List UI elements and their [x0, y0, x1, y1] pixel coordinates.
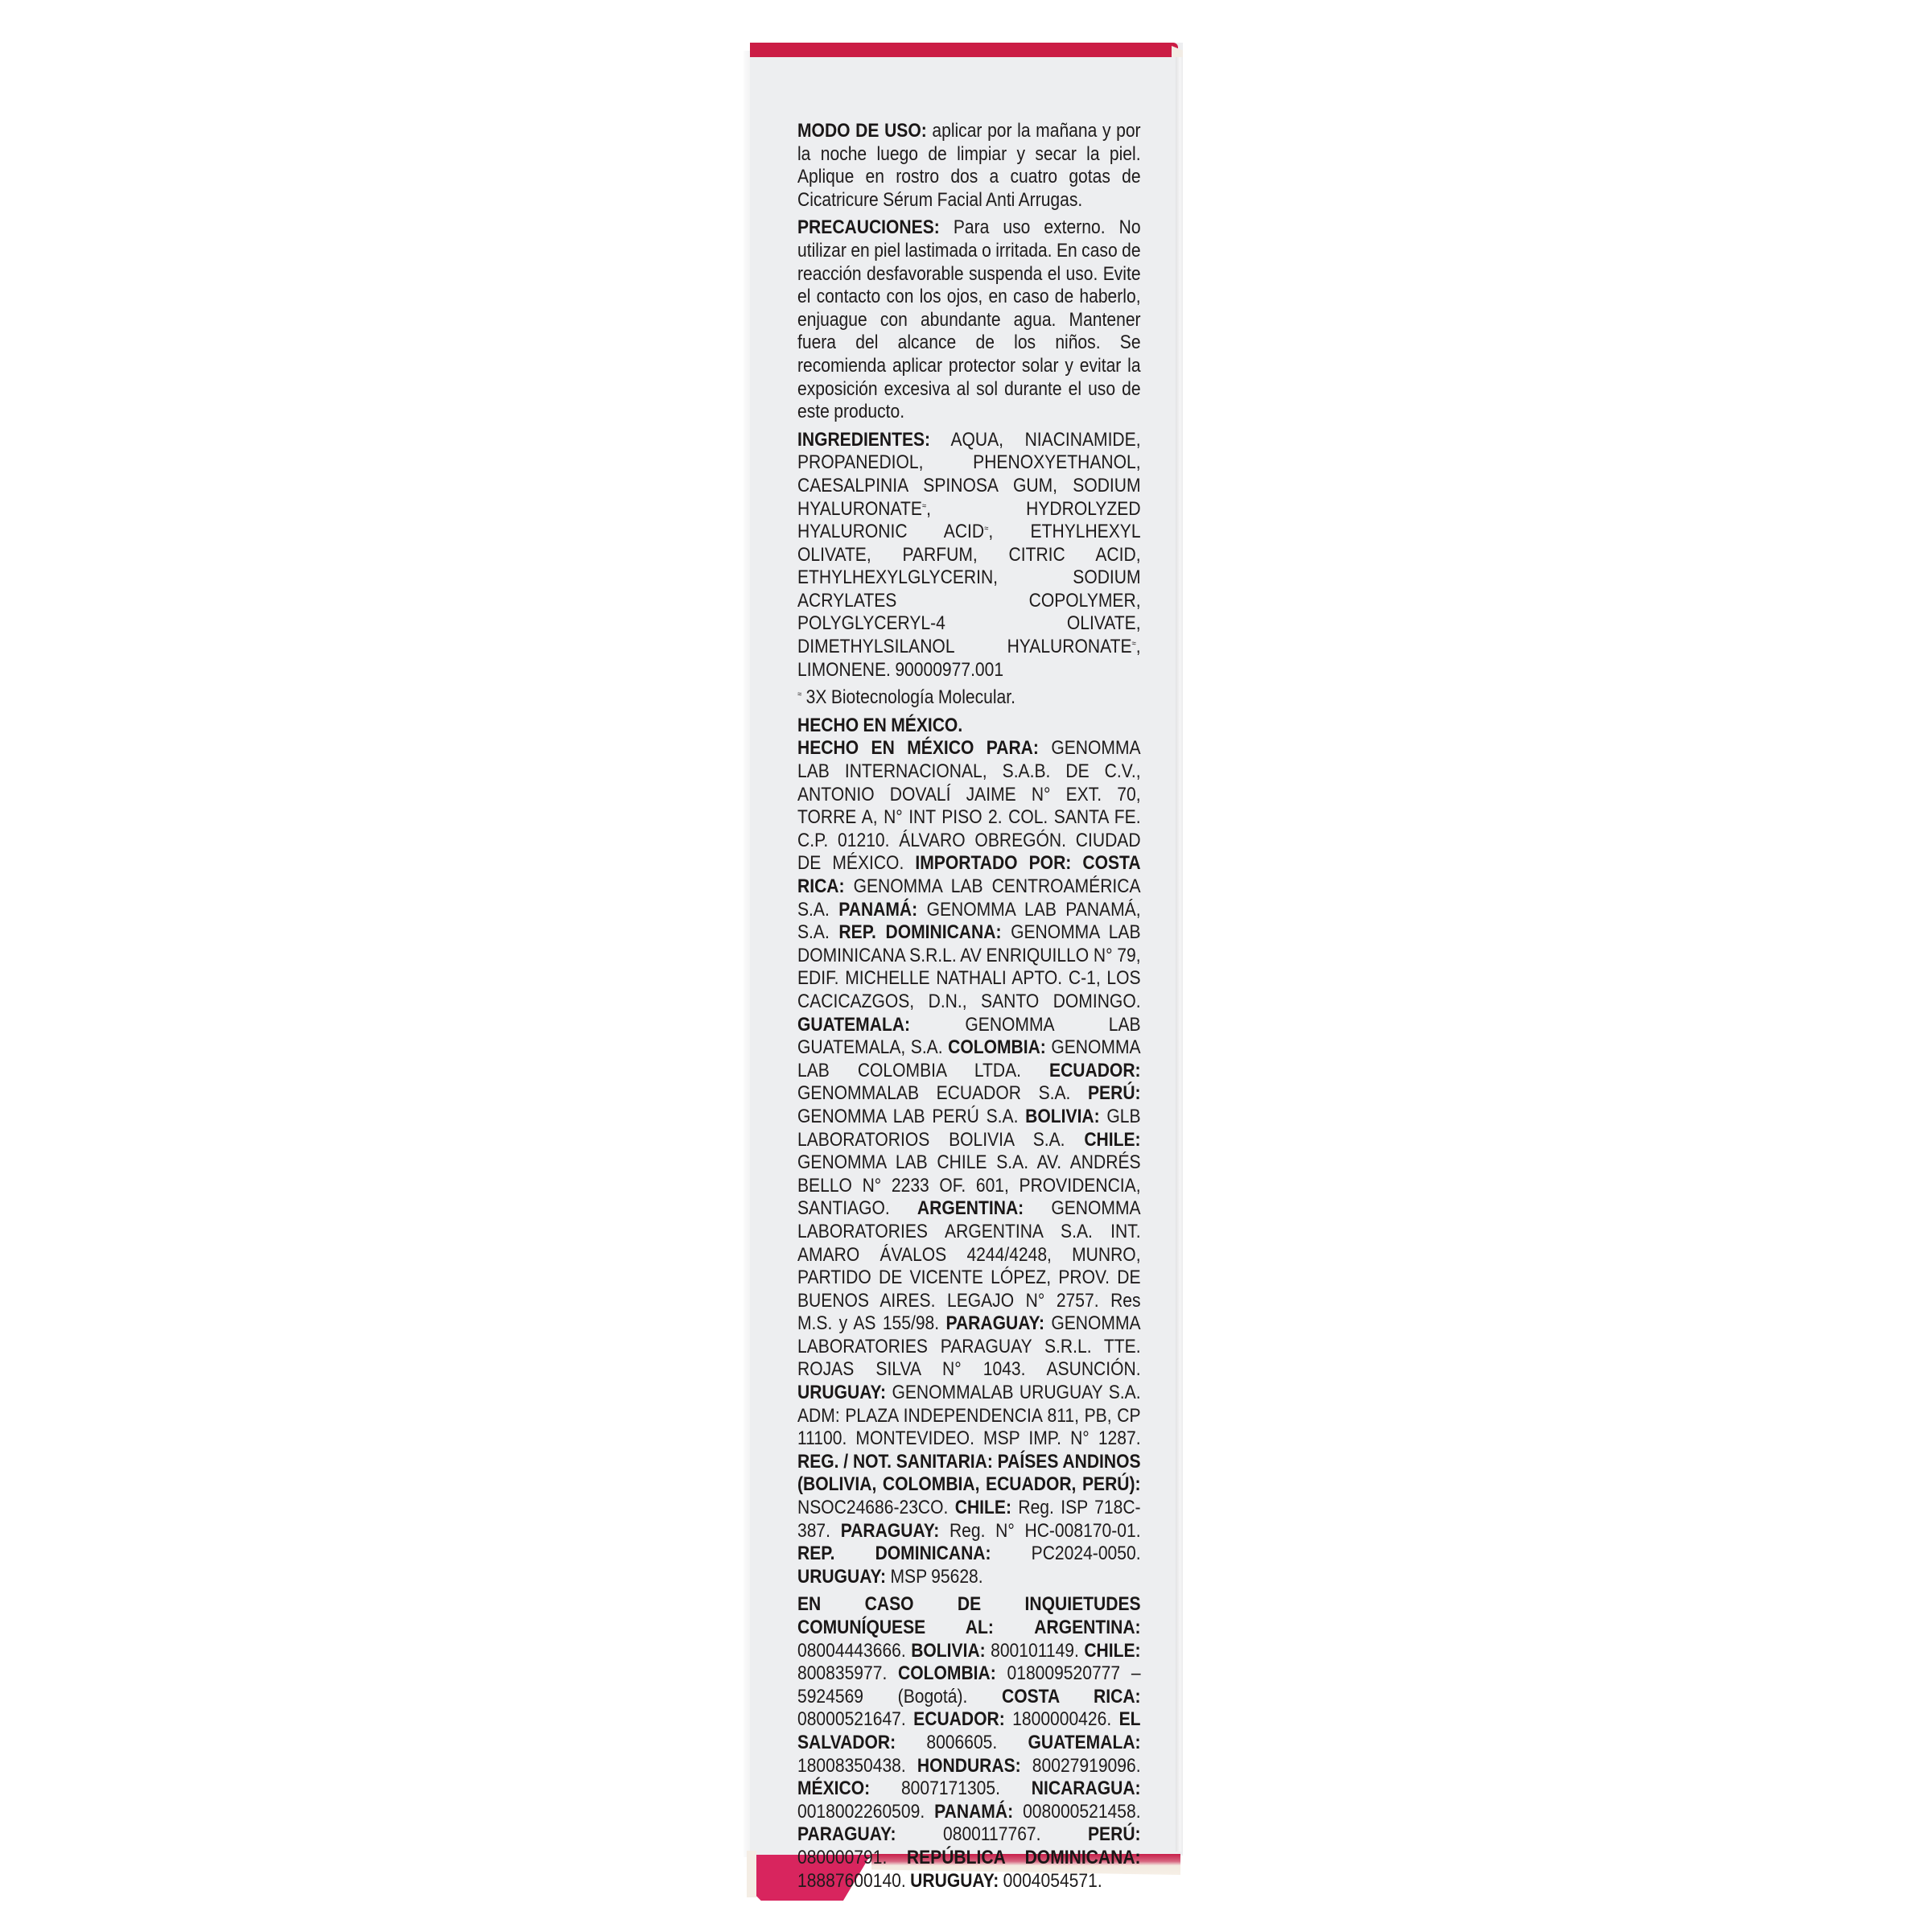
importer-paraguay-label: PARAGUAY: — [945, 1312, 1044, 1334]
importer-guatemala-label: GUATEMALA: — [797, 1014, 910, 1036]
contact-phone: 0018002260509. — [797, 1801, 934, 1823]
contact-phone: 8007171305. — [870, 1778, 1032, 1799]
importer-colombia-label: COLOMBIA: — [948, 1036, 1046, 1058]
section-modo-de-uso: MODO DE USO: aplicar por la mañana y por… — [797, 120, 1141, 212]
bottom-flap-edge — [747, 1851, 756, 1897]
contact-country: PERÚ: — [1088, 1823, 1141, 1845]
contact-phone: 1800000426. — [1005, 1708, 1119, 1730]
importer-panama-label: PANAMÁ: — [838, 899, 917, 921]
label-text-column: MODO DE USO: aplicar por la mañana y por… — [797, 120, 1141, 1897]
contact-phone: 800835977. — [797, 1662, 898, 1684]
contact-phone: 8006605. — [896, 1732, 1028, 1753]
contact-country: PARAGUAY: — [797, 1823, 896, 1845]
top-red-band — [750, 43, 1178, 57]
contact-country: ARGENTINA: — [1034, 1617, 1140, 1638]
contact-phone: 18887600140. — [797, 1870, 910, 1892]
contact-country: COLOMBIA: — [898, 1662, 996, 1684]
importer-rd-label: REP. DOMINICANA: — [838, 921, 1001, 943]
contact-phone: 08004443666. — [797, 1640, 911, 1662]
contact-country: BOLIVIA: — [911, 1640, 985, 1662]
importer-peru: GENOMMA LAB PERÚ S.A. — [797, 1106, 1025, 1127]
contact-country: GUATEMALA: — [1028, 1732, 1141, 1753]
section-contacto: EN CASO DE INQUIETUDES COMUNÍQUESE AL: A… — [797, 1593, 1141, 1893]
hecho-en-mexico-label: HECHO EN MÉXICO. — [797, 715, 962, 736]
contact-phone: 0004054571. — [999, 1870, 1102, 1892]
importer-uruguay-label: URUGUAY: — [797, 1382, 886, 1403]
contact-country: REPÚBLICA DOMINICANA: — [907, 1847, 1141, 1868]
precauciones-label: PRECAUCIONES: — [797, 216, 940, 238]
contact-country: NICARAGUA: — [1032, 1778, 1141, 1799]
precauciones-text: Para uso externo. No utilizar en piel la… — [797, 216, 1141, 422]
fabricante-label: HECHO EN MÉXICO PARA: — [797, 737, 1039, 759]
importer-chile-label: CHILE: — [1084, 1129, 1140, 1151]
box-left-edge — [744, 51, 750, 1857]
modo-de-uso-label: MODO DE USO: — [797, 120, 927, 142]
registro-uruguay-label: URUGUAY: — [797, 1566, 886, 1588]
contact-phone: 18008350438. — [797, 1755, 917, 1777]
registro-rd-label: REP. DOMINICANA: — [797, 1543, 991, 1564]
registro-paraguay: Reg. N° HC-008170-01. — [939, 1520, 1140, 1542]
contact-phone: 08000521647. — [797, 1708, 913, 1730]
contact-country: COSTA RICA: — [1002, 1686, 1141, 1707]
footnote-text: 3X Biotecnología Molecular. — [801, 686, 1015, 708]
contact-country: HONDURAS: — [917, 1755, 1021, 1777]
contact-country: PANAMÁ: — [934, 1801, 1013, 1823]
importer-bolivia-label: BOLIVIA: — [1025, 1106, 1099, 1127]
contact-phone: 800101149. — [986, 1640, 1085, 1662]
section-hecho-en-mexico: HECHO EN MÉXICO. — [797, 715, 1141, 738]
section-manufacturer-importers: HECHO EN MÉXICO PARA: GENOMMA LAB INTERN… — [797, 737, 1141, 1588]
registro-rd: PC2024-0050. — [991, 1543, 1141, 1564]
importer-ecuador: GENOMMALAB ECUADOR S.A. — [797, 1082, 1088, 1104]
contact-phone: 0800117767. — [896, 1823, 1088, 1845]
registro-andinos: NSOC24686-23CO. — [797, 1497, 955, 1518]
box-right-edge — [1176, 57, 1183, 1852]
importer-ecuador-label: ECUADOR: — [1049, 1060, 1141, 1081]
contact-phone: 80027919096. — [1021, 1755, 1141, 1777]
registro-uruguay: MSP 95628. — [886, 1566, 983, 1588]
registro-chile-label: CHILE: — [955, 1497, 1011, 1518]
section-footnote: ≈ 3X Biotecnología Molecular. — [797, 686, 1141, 710]
contact-phone: 080000791. — [797, 1847, 907, 1868]
contact-country: CHILE: — [1084, 1640, 1140, 1662]
registro-paraguay-label: PARAGUAY: — [841, 1520, 940, 1542]
importer-argentina-label: ARGENTINA: — [917, 1197, 1024, 1219]
contact-country: MÉXICO: — [797, 1778, 870, 1799]
section-ingredientes: INGREDIENTES: AQUA, NIACINAMIDE, PROPANE… — [797, 429, 1141, 682]
contact-country: ECUADOR: — [913, 1708, 1005, 1730]
ingredientes-label: INGREDIENTES: — [797, 429, 930, 451]
importer-peru-label: PERÚ: — [1088, 1082, 1141, 1104]
contact-country: URUGUAY: — [910, 1870, 999, 1892]
contact-phone: 008000521458. — [1013, 1801, 1140, 1823]
registro-label: REG. / NOT. SANITARIA: PAÍSES ANDINOS (B… — [797, 1451, 1141, 1496]
section-precauciones: PRECAUCIONES: Para uso externo. No utili… — [797, 216, 1141, 423]
